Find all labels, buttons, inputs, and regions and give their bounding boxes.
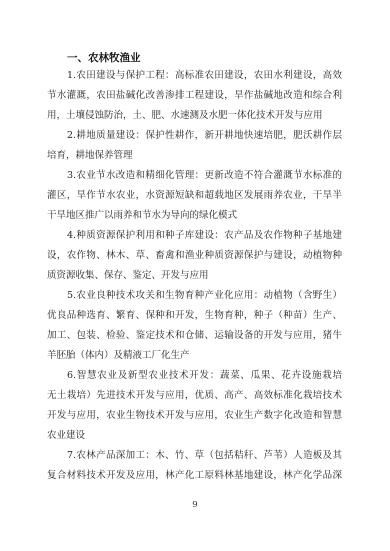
paragraph-line: 6.智慧农业及新型农业技术开发：蔬菜、瓜果、花卉设施栽培（含 [67, 366, 342, 386]
paragraph-line: 7.农林产品深加工：木、竹、草（包括秸秆、芦苇）人造板及其 [67, 446, 342, 466]
paragraph-line: 2.耕地质量建设：保护性耕作，新开耕地快速培肥，肥沃耕作层 [67, 126, 342, 146]
paragraph-line: 节水灌溉，农田盐碱化改善渗排工程建设，旱作盐碱地改造和综合利 [47, 86, 342, 106]
paragraph-line: 3.农业节水改造和精细化管理：更新改造不符合灌溉节水标准的 [67, 166, 342, 186]
section-heading: 一、农林牧渔业 [67, 49, 141, 67]
document-page: 一、农林牧渔业 1.农田建设与保护工程：高标准农田建设，农田水利建设，高效 节水… [0, 0, 390, 551]
paragraph-line: 4.种质资源保护利用和种子库建设：农产品及农作物种子基地建 [67, 226, 342, 246]
paragraph-line: 复合材料技术开发及应用，林产化工原料林基地建设，林产化学品深 [47, 466, 342, 486]
paragraph-line: 干旱地区推广以雨养和节水为导向的绿化模式 [47, 206, 342, 226]
paragraph-line: 设，农作物、林木、草、畜禽和渔业种质资源保护与建设，动植物种 [47, 246, 342, 266]
paragraph-line: 5.农业良种技术攻关和生物育种产业化应用：动植物（含野生） [67, 286, 342, 306]
paragraph-line: 用，土壤侵蚀防治，土、肥、水速测及水肥一体化技术开发与应用 [47, 106, 342, 126]
paragraph-line: 无土栽培）先进技术开发与应用，优质、高产、高效标准化栽培技术 [47, 386, 342, 406]
paragraph-line: 开发与应用，农业生物技术开发与应用，农业生产数字化改造和智慧 [47, 406, 342, 426]
paragraph-line: 优良品种选育、繁育、保种和开发，生物育种，种子（种苗）生产、 [47, 306, 342, 326]
paragraph-line: 加工、包装、检验、鉴定技术和仓储、运输设备的开发与应用，猪牛 [47, 326, 342, 346]
paragraph-line: 农业建设 [47, 426, 342, 446]
paragraph-line: 羊胚胎（体内）及精液工厂化生产 [47, 346, 342, 366]
paragraph-line: 1.农田建设与保护工程：高标准农田建设，农田水利建设，高效 [67, 66, 342, 86]
paragraph-line: 培育，耕地保养管理 [47, 146, 342, 166]
paragraph-line: 质资源收集、保存、鉴定、开发与应用 [47, 266, 342, 286]
page-number: 9 [0, 498, 390, 512]
paragraph-line: 灌区，旱作节水农业，水资源短缺和超载地区发展雨养农业，干旱半 [47, 186, 342, 206]
